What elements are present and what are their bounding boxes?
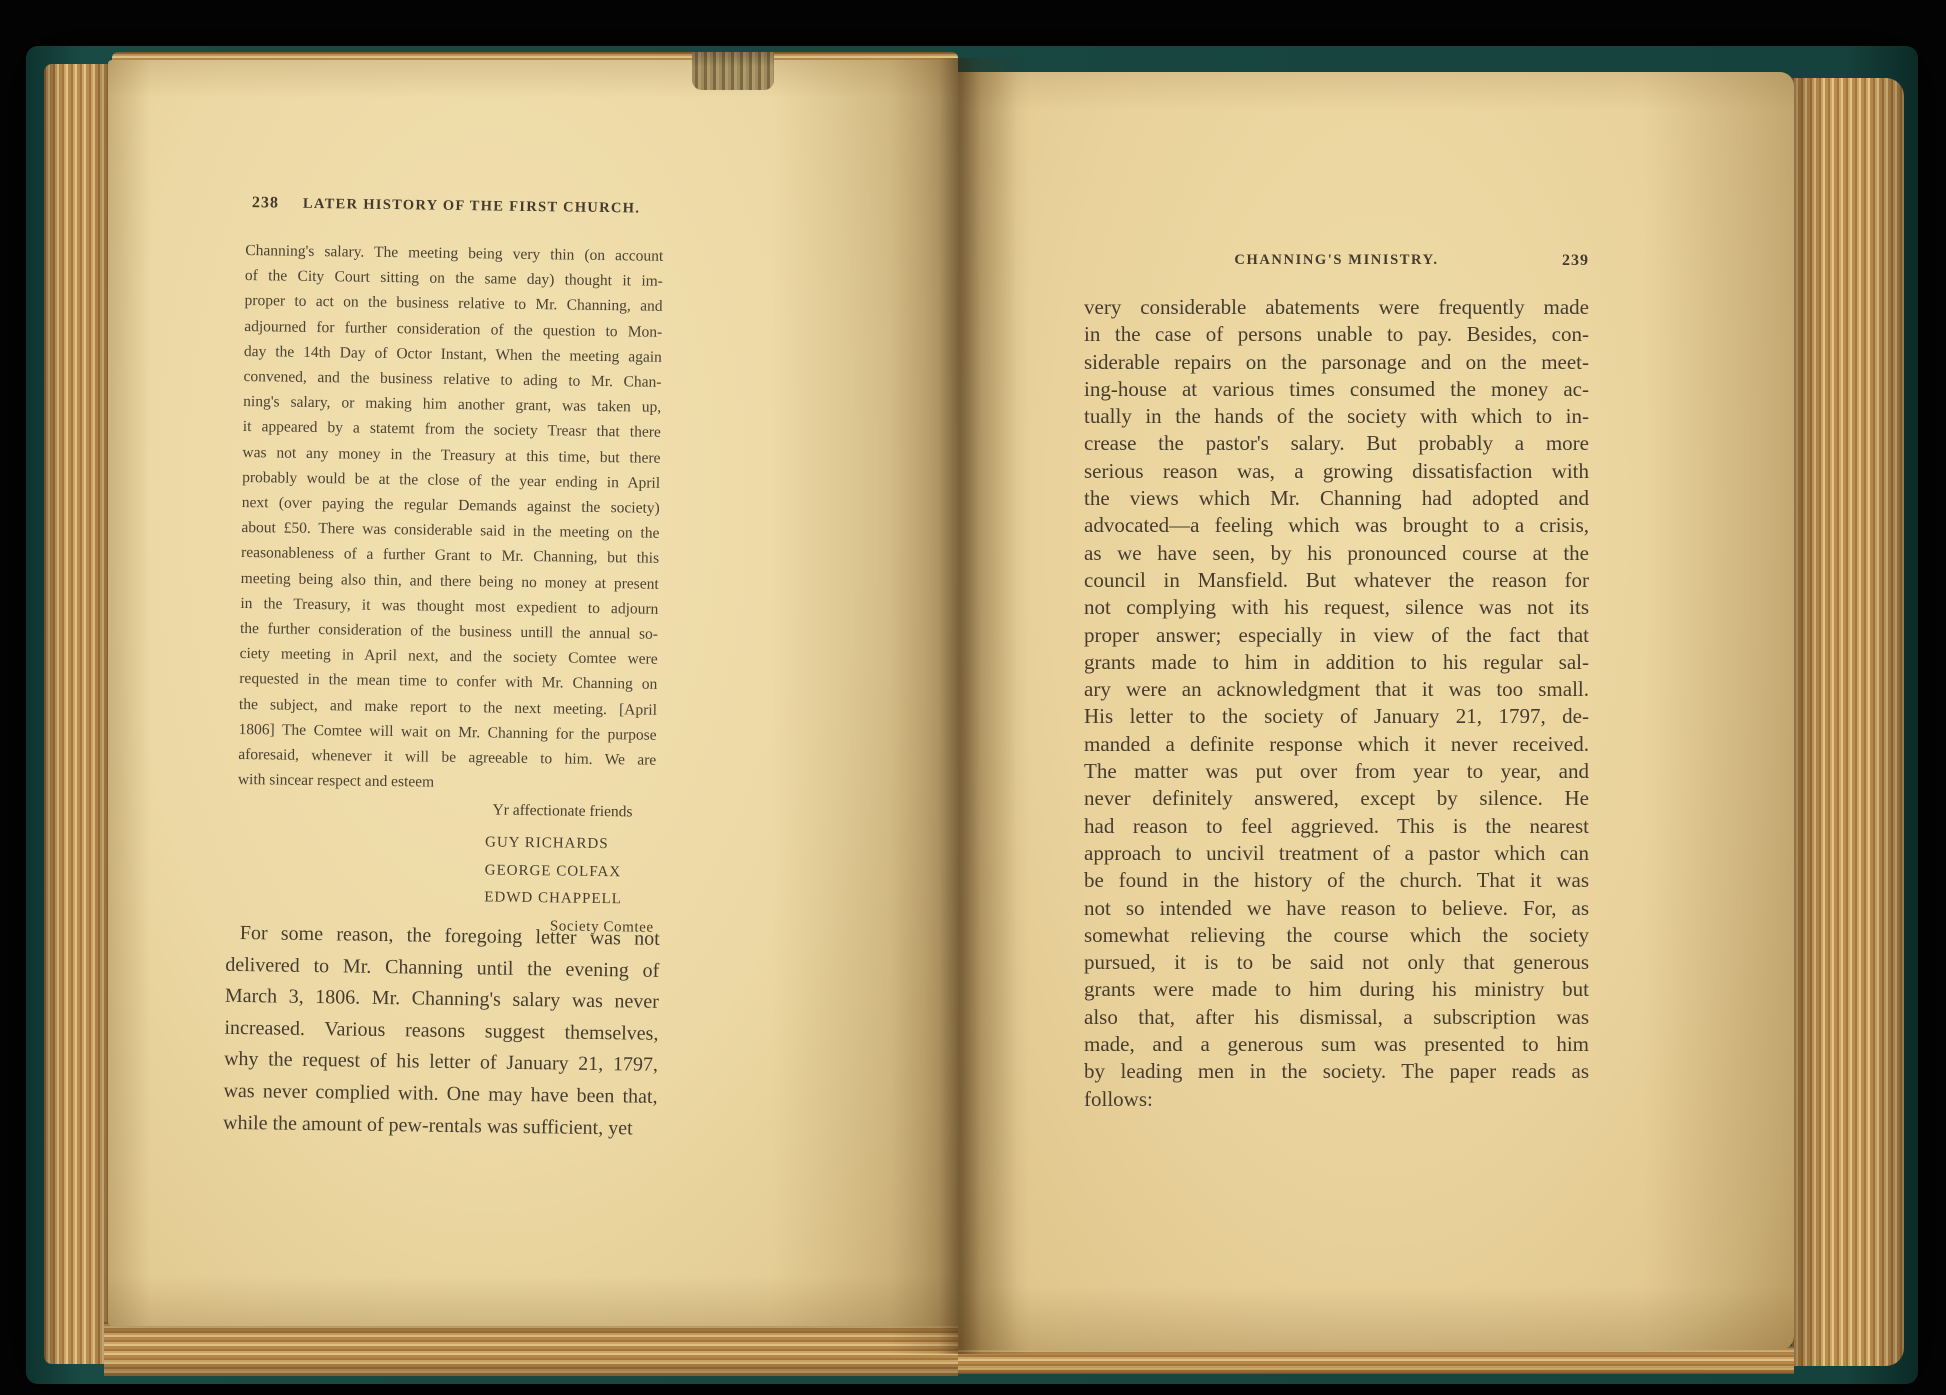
left-running-header: 238 LATER HISTORY OF THE FIRST CHURCH. [252, 194, 640, 217]
letter-closing: Yr affectionate friends [492, 802, 632, 822]
text-line: siderable repairs on the parsonage and o… [1084, 349, 1589, 376]
left-page-content: 238 LATER HISTORY OF THE FIRST CHURCH. C… [90, 54, 958, 1332]
right-fore-edge-stack [1792, 78, 1904, 1366]
text-line: very considerable abatements were freque… [1084, 294, 1589, 321]
body-paragraph: For some reason, the foregoing letter wa… [223, 918, 660, 1145]
text-line: advocated—a feeling which was brought to… [1084, 512, 1589, 539]
photo-of-open-book: 238 LATER HISTORY OF THE FIRST CHURCH. C… [0, 0, 1946, 1395]
text-line: by leading men in the society. The paper… [1084, 1058, 1589, 1085]
text-line: somewhat relieving the course which the … [1084, 922, 1589, 949]
text-line: as we have seen, by his pronounced cours… [1084, 540, 1589, 567]
right-body-text: very considerable abatements were freque… [1084, 294, 1589, 1113]
right-page-number: 239 [1562, 252, 1589, 270]
text-line: while the amount of pew-rentals was suff… [223, 1107, 657, 1145]
quoted-letter-block: Channing's salary. The meeting being ver… [238, 238, 664, 798]
bottom-right-page-edge-stack [958, 1346, 1794, 1374]
text-line: had reason to feel aggrieved. This is th… [1084, 813, 1589, 840]
text-line: manded a definite response which it neve… [1084, 731, 1589, 758]
signature-name: GUY RICHARDS [485, 829, 655, 859]
text-line: be found in the history of the church. T… [1084, 867, 1589, 894]
left-running-title: LATER HISTORY OF THE FIRST CHURCH. [303, 196, 640, 218]
text-line: His letter to the society of January 21,… [1084, 703, 1589, 730]
text-line: The matter was put over from year to yea… [1084, 758, 1589, 785]
signature-names: GUY RICHARDSGEORGE COLFAXEDWD CHAPPELL [484, 829, 655, 914]
text-line: pursued, it is to be said not only that … [1084, 949, 1589, 976]
text-line: proper answer; especially in view of the… [1084, 622, 1589, 649]
text-line: also that, after his dismissal, a subscr… [1084, 1004, 1589, 1031]
text-line: in the case of persons unable to pay. Be… [1084, 321, 1589, 348]
signature-name: GEORGE COLFAX [484, 857, 654, 887]
text-line: not so intended we have reason to believ… [1084, 895, 1589, 922]
text-line: ing-house at various times consumed the … [1084, 376, 1589, 403]
text-line: crease the pastor's salary. But probably… [1084, 430, 1589, 457]
right-running-title: CHANNING'S MINISTRY. [1234, 252, 1438, 268]
text-line: made, and a generous sum was presented t… [1084, 1031, 1589, 1058]
text-line: serious reason was, a growing dissatisfa… [1084, 458, 1589, 485]
text-line: council in Mansfield. But whatever the r… [1084, 567, 1589, 594]
text-line: never definitely answered, except by sil… [1084, 785, 1589, 812]
right-running-header: CHANNING'S MINISTRY. 239 [1084, 252, 1589, 269]
text-line: the views which Mr. Channing had adopted… [1084, 485, 1589, 512]
text-line: grants made to him in addition to his re… [1084, 649, 1589, 676]
text-line: ary were an acknowledgment that it was t… [1084, 676, 1589, 703]
text-line: not complying with his request, silence … [1084, 594, 1589, 621]
signature-name: EDWD CHAPPELL [484, 884, 654, 914]
left-page-number: 238 [252, 194, 279, 212]
text-line: approach to uncivil treatment of a pasto… [1084, 840, 1589, 867]
text-line: follows: [1084, 1086, 1589, 1113]
text-line: tually in the hands of the society with … [1084, 403, 1589, 430]
right-page-content: CHANNING'S MINISTRY. 239 very considerab… [958, 72, 1794, 1350]
text-line: grants were made to him during his minis… [1084, 976, 1589, 1003]
